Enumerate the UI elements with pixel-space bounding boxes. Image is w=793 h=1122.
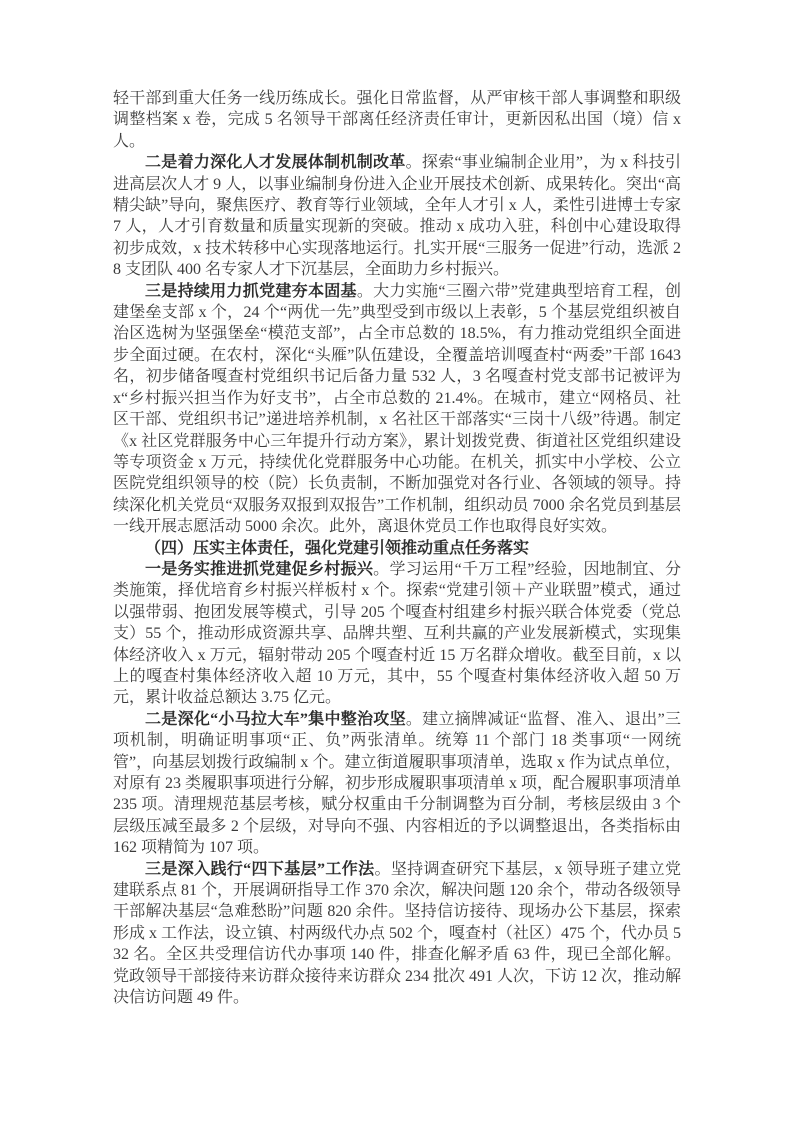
para-text: 轻干部到重大任务一线历练成长。强化日常监督，从严审核干部人事调整和职级调整档案 …: [113, 90, 681, 150]
para-lead: 二是深化“小马拉大车”集中整治攻坚: [145, 711, 406, 728]
para-text: 。大力实施“三圈六带”党建典型培育工程，创建堡垒支部 x 个，24 个“两优一先…: [113, 283, 681, 535]
para-lead: 三是持续用力抓党建夯本固基: [145, 283, 357, 300]
section-heading-4: （四）压实主体责任，强化党建引领推动重点任务落实: [113, 538, 681, 559]
para-lead: 三是深入践行“四下基层”工作法: [145, 861, 374, 878]
para-four-down-grassroots-method: 三是深入践行“四下基层”工作法。坚持调查研究下基层，x 领导班子建立党建联系点 …: [113, 859, 681, 1009]
para-talent-system-reform: 二是着力深化人才发展体制机制改革。探索“事业编制企业用”，为 x 科技引进高层次…: [113, 152, 681, 280]
para-cadre-supervision-continuation: 轻干部到重大任务一线历练成长。强化日常监督，从严审核干部人事调整和职级调整档案 …: [113, 88, 681, 152]
para-small-horse-big-cart-rectification: 二是深化“小马拉大车”集中整治攻坚。建立摘牌减证“监督、准入、退出”三项机制，明…: [113, 709, 681, 859]
para-text: 。建立摘牌减证“监督、准入、退出”三项机制，明确证明事项“正、负”两张清单。统筹…: [113, 711, 681, 856]
para-party-building-foundation: 三是持续用力抓党建夯本固基。大力实施“三圈六带”党建典型培育工程，创建堡垒支部 …: [113, 281, 681, 538]
para-rural-revitalization: 一是务实推进抓党建促乡村振兴。学习运用“千万工程”经验，因地制宜、分类施策，择优…: [113, 559, 681, 709]
para-text: 。探索“事业编制企业用”，为 x 科技引进高层次人才 9 人，以事业编制身份进入…: [113, 154, 681, 278]
para-text: 。学习运用“千万工程”经验，因地制宜、分类施策，择优培育乡村振兴样板村 x 个。…: [113, 561, 681, 706]
para-text: 。坚持调查研究下基层，x 领导班子建立党建联系点 81 个，开展调研指导工作 3…: [113, 861, 681, 1006]
para-lead: 二是着力深化人才发展体制机制改革: [145, 154, 406, 171]
section-heading-text: （四）压实主体责任，强化党建引领推动重点任务落实: [145, 540, 529, 557]
document-page: 轻干部到重大任务一线历练成长。强化日常监督，从严审核干部人事调整和职级调整档案 …: [0, 0, 793, 1122]
para-lead: 一是务实推进抓党建促乡村振兴: [145, 561, 373, 578]
